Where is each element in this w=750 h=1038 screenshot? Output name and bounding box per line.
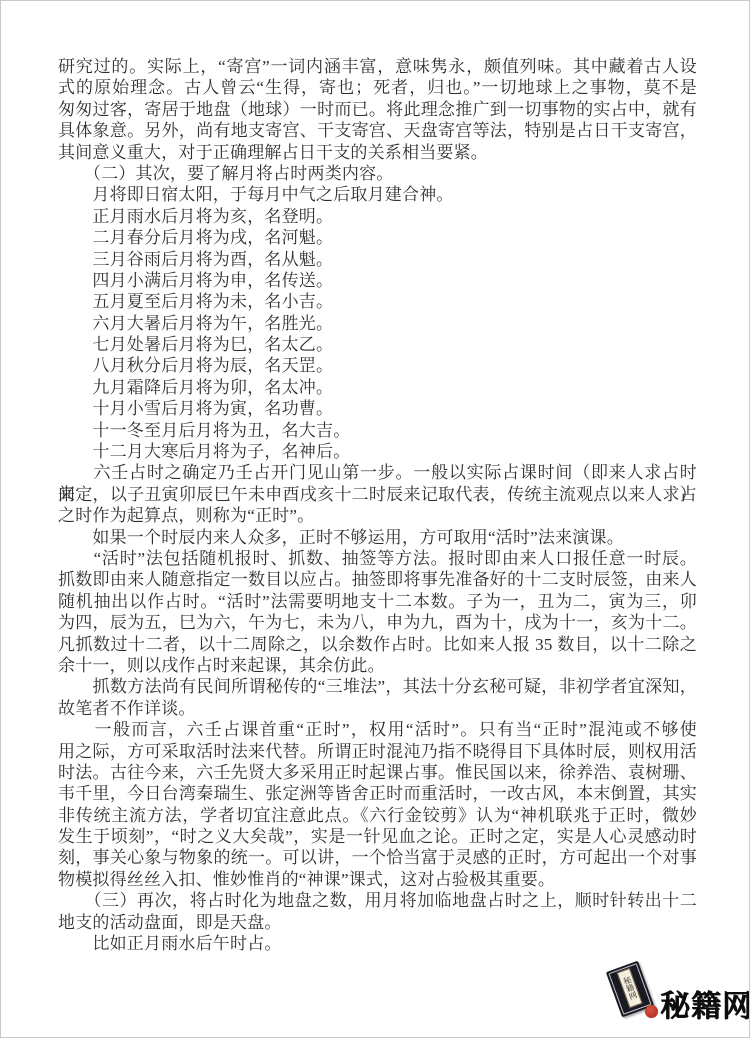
text-line: 十月小雪后月将为寅，名功曹。 bbox=[58, 398, 697, 419]
text-line: 之时作为起算点，则称为“正时”。 bbox=[58, 505, 697, 526]
text-line: 六月大暑后月将为午，名胜光。 bbox=[58, 313, 697, 334]
text-line: 发生于顷刻”，“时之义大矣哉”，实是一针见血之论。正时之定，实是人心灵感动时 bbox=[58, 826, 697, 847]
text-line: 抓数即由来人随意指定一数目以应占。抽签即将事先准备好的十二支时辰签，由来人 bbox=[58, 569, 697, 590]
text-line: 故笔者不作详谈。 bbox=[58, 698, 697, 719]
text-line: 地支的活动盘面，即是天盘。 bbox=[58, 912, 697, 933]
text-line: 二月春分后月将为戌，名河魁。 bbox=[58, 227, 697, 248]
text-line: 凡抓数过十二者，以十二周除之，以余数作占时。比如来人报 35 数目，以十二除之 bbox=[58, 634, 697, 655]
text-line: 一般而言，六壬占课首重“正时”，权用“活时”。只有当“正时”混沌或不够使 bbox=[58, 719, 697, 740]
text-line: 五月夏至后月将为未，名小吉。 bbox=[58, 291, 697, 312]
text-line: 七月处暑后月将为巳，名太乙。 bbox=[58, 334, 697, 355]
text-line: 研究过的。实际上，“寄宫”一词内涵丰富，意味隽永，颇值列味。其中藏着古人设 bbox=[58, 56, 697, 77]
document-body: 研究过的。实际上，“寄宫”一词内涵丰富，意味隽永，颇值列味。其中藏着古人设式的原… bbox=[58, 56, 697, 954]
text-line: 其间意义重大，对于正确理解占日干支的关系相当要紧。 bbox=[58, 142, 697, 163]
text-line: “活时”法包括随机报时、抓数、抽签等方法。报时即由来人口报任意一时辰。 bbox=[58, 548, 697, 569]
text-line: 如果一个时辰内来人众多，正时不够运用，方可取用“活时”法来演课。 bbox=[58, 527, 697, 548]
text-line: 来定，以子丑寅卯辰巳午未申酉戌亥十二时辰来记取代表，传统主流观点以来人求占 bbox=[58, 484, 697, 505]
text-line: 十一冬至月后月将为丑，名大吉。 bbox=[58, 420, 697, 441]
text-line: 正月雨水后月将为亥，名登明。 bbox=[58, 206, 697, 227]
text-line: 用之际，方可采取活时法来代替。所谓正时混沌乃指不晓得目下具体时辰，则权用活 bbox=[58, 741, 697, 762]
text-line: 式的原始理念。古人曾云“生得，寄也；死者，归也。”一切地球上之事物，莫不是 bbox=[58, 77, 697, 98]
text-line: （二）其次，要了解月将占时两类内容。 bbox=[58, 163, 697, 184]
text-line: 匆匆过客，寄居于地盘（地球）一时而已。将此理念推广到一切事物的实占中，就有 bbox=[58, 99, 697, 120]
seal-icon bbox=[645, 1005, 658, 1018]
text-line: 为四，辰为五，巳为六，午为七，未为八，申为九，酉为十，戌为十一，亥为十二。 bbox=[58, 612, 697, 633]
text-line: 随机抽出以作占时。“活时”法需要明地支十二本数。子为一，丑为二，寅为三，卯 bbox=[58, 591, 697, 612]
text-line: 刻，事关心象与物象的统一。可以讲，一个恰当富于灵感的正时，方可起出一个对事 bbox=[58, 847, 697, 868]
page-container: 研究过的。实际上，“寄宫”一词内涵丰富，意味隽永，颇值列味。其中藏着古人设式的原… bbox=[0, 0, 750, 1038]
text-line: 物模拟得丝丝入扣、惟妙惟肖的“神课”课式，这对占验极其重要。 bbox=[58, 869, 697, 890]
text-line: 四月小满后月将为申，名传送。 bbox=[58, 270, 697, 291]
text-line: （三）再次，将占时化为地盘之数，用月将加临地盘占时之上，顺时针转出十二 bbox=[58, 890, 697, 911]
brand-text: 秘籍网 bbox=[660, 981, 750, 1025]
text-line: 余十一，则以戌作占时来起课，其余仿此。 bbox=[58, 655, 697, 676]
text-line: 比如正月雨水后午时占。 bbox=[58, 933, 697, 954]
text-line: 时法。古往今来，六壬先贤大多采用正时起课占事。惟民国以来，徐养浩、袁树珊、 bbox=[58, 762, 697, 783]
text-line: 抓数方法尚有民间所谓秘传的“三堆法”，其法十分玄秘可疑，非初学者宜深知， bbox=[58, 676, 697, 697]
text-line: 八月秋分后月将为辰，名天罡。 bbox=[58, 355, 697, 376]
text-line: 非传统主流方法，学者切宜注意此点。《六行金铰剪》认为“神机联兆于正时，微妙 bbox=[58, 805, 697, 826]
text-line: 九月霜降后月将为卯，名太冲。 bbox=[58, 377, 697, 398]
text-line: 韦千里，今日台湾秦瑞生、张定洲等皆舍正时而重活时，一改古风，本末倒置，其实 bbox=[58, 783, 697, 804]
text-line: 十二月大寒后月将为子，名神后。 bbox=[58, 441, 697, 462]
text-line: 六壬占时之确定乃壬占开门见山第一步。一般以实际占课时间（即来人求占时间） bbox=[58, 462, 697, 483]
text-line: 三月谷雨后月将为酉，名从魁。 bbox=[58, 249, 697, 270]
watermark: 秘籍网 秘籍网 bbox=[603, 971, 743, 1033]
text-line: 月将即日宿太阳，于每月中气之后取月建合神。 bbox=[58, 184, 697, 205]
text-line: 具体象意。另外，尚有地支寄宫、干支寄宫、天盘寄宫等法，特别是占日干支寄宫， bbox=[58, 120, 697, 141]
